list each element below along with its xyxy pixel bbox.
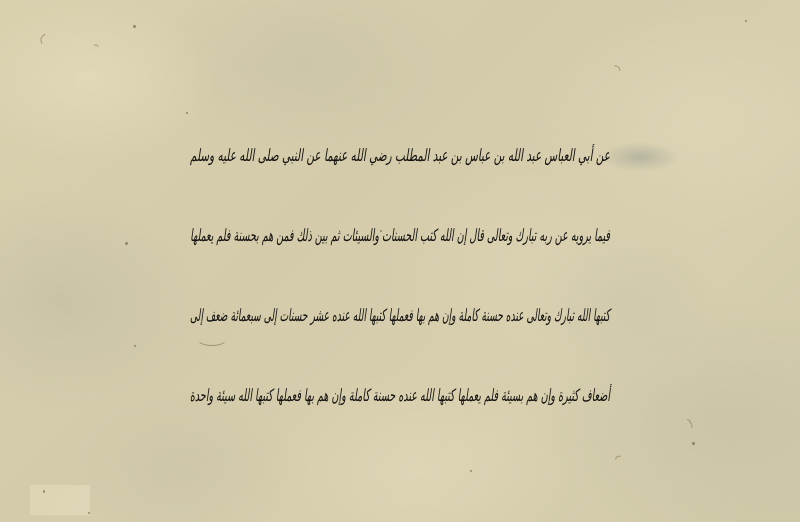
paper-fiber [88, 43, 101, 61]
paper-fiber [605, 63, 623, 81]
paper-fiber [613, 454, 630, 473]
paper-speck [745, 20, 747, 22]
paper-speck [133, 25, 136, 28]
paper-fiber [38, 30, 66, 53]
ink-smudge [600, 142, 680, 172]
paper-speck [186, 112, 188, 114]
hadith-text-block: عن أبي العباس عبد الله بن عباس بن عبد ال… [190, 128, 610, 448]
text-line-4: أضعاف كثيرة وإن هم بسيئة فلم يعملها كتبه… [374, 368, 610, 448]
text-line-2: فيما يرويه عن ربه تبارك وتعالى قال إن ال… [374, 208, 610, 288]
paper-speck [125, 242, 128, 245]
paper-speck [43, 490, 45, 493]
paper-speck [134, 345, 136, 347]
text-line-3: كتبها الله تبارك وتعالى عنده حسنة كاملة … [384, 288, 610, 368]
paper-speck [470, 470, 472, 472]
paper-fiber [679, 416, 695, 433]
paper-speck [88, 512, 90, 514]
paper-speck [692, 442, 695, 445]
text-line-1: عن أبي العباس عبد الله بن عباس بن عبد ال… [352, 128, 610, 208]
parchment-page: عن أبي العباس عبد الله بن عباس بن عبد ال… [0, 0, 800, 522]
paper-light-patch [30, 485, 90, 515]
